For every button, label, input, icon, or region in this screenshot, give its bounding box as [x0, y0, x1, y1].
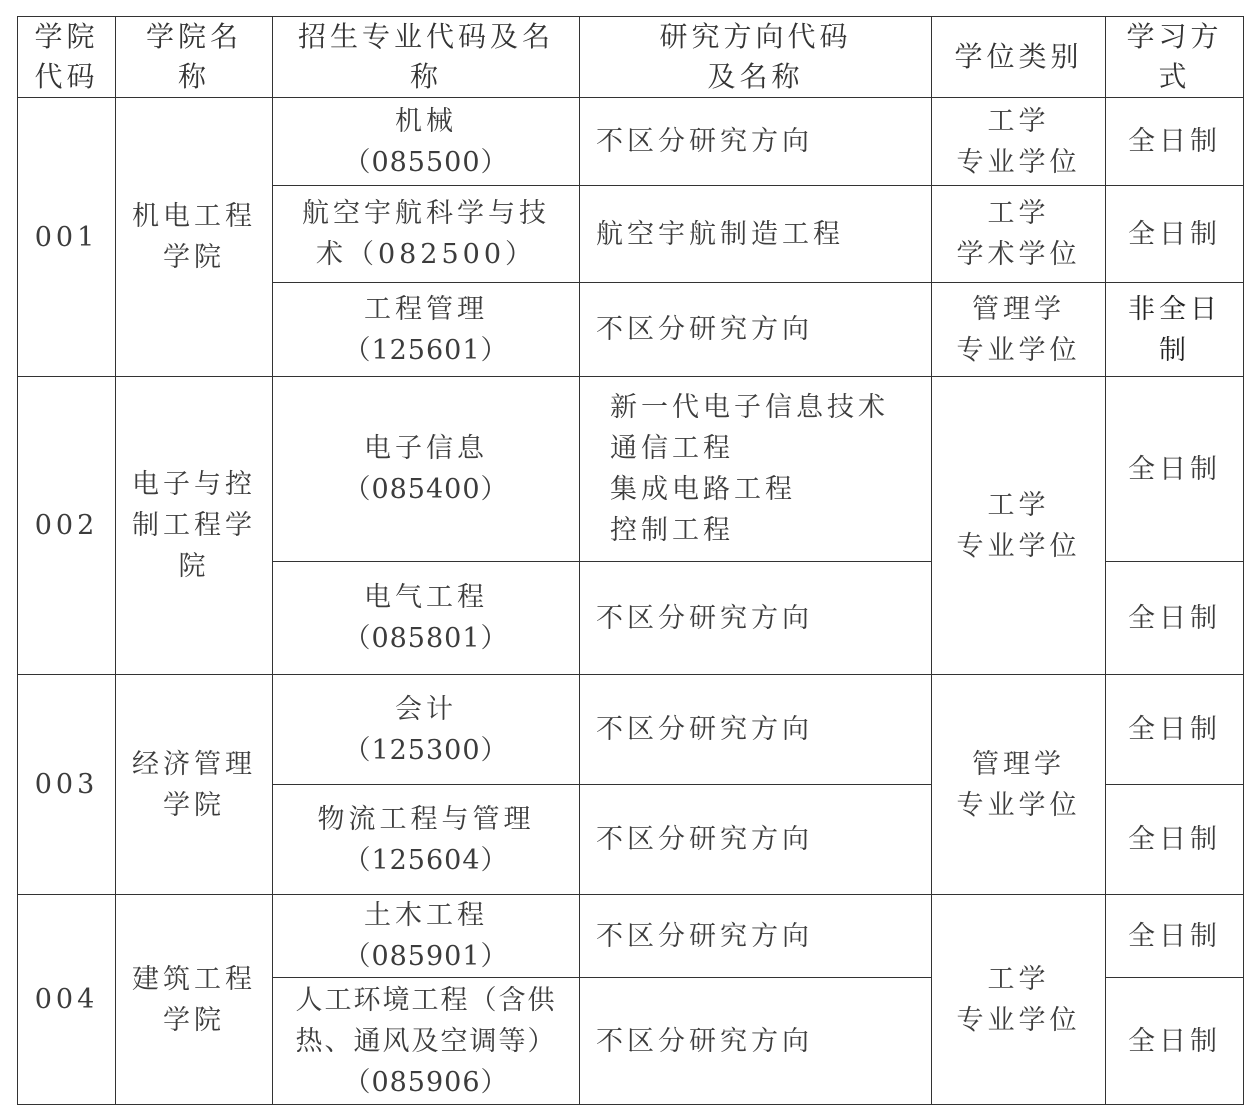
degree-type: 工学 专业学位 [932, 895, 1106, 1105]
study-mode: 全日制 [1106, 895, 1244, 978]
research-direction: 新一代电子信息技术 通信工程 集成电路工程 控制工程 [580, 377, 932, 562]
degree-type: 管理学 专业学位 [932, 283, 1106, 377]
research-direction: 不区分研究方向 [580, 675, 932, 785]
header-direction: 研究方向代码 及名称 [580, 17, 932, 98]
study-mode: 非全日 制 [1106, 283, 1244, 377]
research-direction: 不区分研究方向 [580, 98, 932, 186]
major-name: 会计 （125300） [273, 675, 580, 785]
research-direction: 不区分研究方向 [580, 562, 932, 675]
major-name: 人工环境工程（含供 热、通风及空调等） （085906） [273, 978, 580, 1105]
college-code: 002 [18, 377, 116, 675]
table-row: 003 经济管理 学院 会计 （125300） 不区分研究方向 管理学 专业学位… [18, 675, 1244, 785]
major-name: 工程管理 （125601） [273, 283, 580, 377]
college-name: 机电工程 学院 [116, 98, 273, 377]
major-name: 物流工程与管理 （125604） [273, 785, 580, 895]
header-study-mode: 学习方 式 [1106, 17, 1244, 98]
college-code: 004 [18, 895, 116, 1105]
research-direction: 不区分研究方向 [580, 978, 932, 1105]
major-name: 土木工程 （085901） [273, 895, 580, 978]
study-mode: 全日制 [1106, 562, 1244, 675]
header-row: 学院 代码 学院名 称 招生专业代码及名 称 研究方向代码 及名称 学位类别 学… [18, 17, 1244, 98]
study-mode: 全日制 [1106, 675, 1244, 785]
research-direction: 不区分研究方向 [580, 283, 932, 377]
major-name: 电气工程 （085801） [273, 562, 580, 675]
study-mode: 全日制 [1106, 98, 1244, 186]
header-degree-type: 学位类别 [932, 17, 1106, 98]
degree-type: 工学 学术学位 [932, 186, 1106, 283]
research-direction: 航空宇航制造工程 [580, 186, 932, 283]
degree-type: 工学 专业学位 [932, 98, 1106, 186]
header-major: 招生专业代码及名 称 [273, 17, 580, 98]
research-direction: 不区分研究方向 [580, 895, 932, 978]
study-mode: 全日制 [1106, 186, 1244, 283]
table-row: 004 建筑工程 学院 土木工程 （085901） 不区分研究方向 工学 专业学… [18, 895, 1244, 978]
enrollment-table: 学院 代码 学院名 称 招生专业代码及名 称 研究方向代码 及名称 学位类别 学… [17, 16, 1244, 1105]
research-direction: 不区分研究方向 [580, 785, 932, 895]
table-row: 002 电子与控 制工程学 院 电子信息 （085400） 新一代电子信息技术 … [18, 377, 1244, 562]
college-code: 003 [18, 675, 116, 895]
college-code: 001 [18, 98, 116, 377]
major-name: 航空宇航科学与技 术（082500） [273, 186, 580, 283]
study-mode: 全日制 [1106, 978, 1244, 1105]
header-college-name: 学院名 称 [116, 17, 273, 98]
degree-type: 工学 专业学位 [932, 377, 1106, 675]
major-name: 电子信息 （085400） [273, 377, 580, 562]
college-name: 电子与控 制工程学 院 [116, 377, 273, 675]
table-row: 001 机电工程 学院 机械 （085500） 不区分研究方向 工学 专业学位 … [18, 98, 1244, 186]
study-mode: 全日制 [1106, 785, 1244, 895]
study-mode: 全日制 [1106, 377, 1244, 562]
major-name: 机械 （085500） [273, 98, 580, 186]
college-name: 经济管理 学院 [116, 675, 273, 895]
degree-type: 管理学 专业学位 [932, 675, 1106, 895]
header-college-code: 学院 代码 [18, 17, 116, 98]
college-name: 建筑工程 学院 [116, 895, 273, 1105]
